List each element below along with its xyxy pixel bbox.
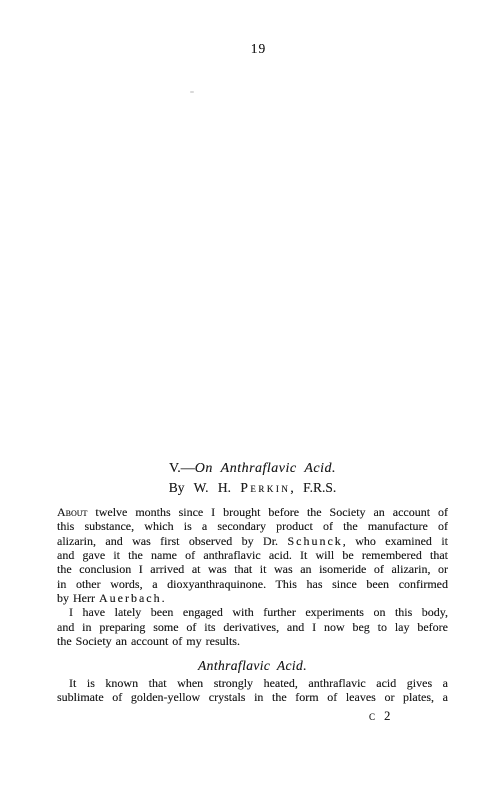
printers-signature: c 2 xyxy=(369,709,390,724)
byline: By W. H. Perkin, F.R.S. xyxy=(57,480,448,496)
text-line: I have lately been engaged with further … xyxy=(57,605,448,619)
text-segment: twelve months since I brought before the… xyxy=(95,505,448,519)
byline-suffix: , F.R.S. xyxy=(290,480,336,495)
text-segment: . xyxy=(162,591,165,605)
text-line: and gave it the name of anthraflavic aci… xyxy=(57,548,448,562)
author-name: Perkin xyxy=(240,480,290,495)
text-line: this substance, which is a secondary pro… xyxy=(57,519,448,533)
byline-prefix: By W. H. xyxy=(169,480,231,495)
text-line: in other words, a dioxyanthraquinone. Th… xyxy=(57,577,448,591)
body-text: About twelve months since I brought befo… xyxy=(57,505,448,648)
text-line: alizarin, and was first observed by Dr. … xyxy=(57,534,448,548)
article-title-number: V.— xyxy=(169,461,195,476)
text-segment: by Herr xyxy=(57,591,95,605)
text-line: About twelve months since I brought befo… xyxy=(57,505,448,519)
page-number: 19 xyxy=(0,41,500,57)
text-line: by Herr Auerbach. xyxy=(57,591,448,605)
paragraph-lead-word: About xyxy=(57,505,87,519)
person-name: Schunck xyxy=(287,534,342,548)
text-line: the Society an account of my results. xyxy=(57,634,448,648)
scan-artifact xyxy=(190,91,194,93)
text-line: It is known that when strongly heated, a… xyxy=(57,676,448,690)
article-title: V.—On Anthraflavic Acid. xyxy=(57,461,448,477)
body-text-continued: It is known that when strongly heated, a… xyxy=(57,676,448,705)
text-line: sublimate of golden-yellow crystals in t… xyxy=(57,690,448,704)
text-segment: , who examined it xyxy=(343,534,448,548)
text-line: the conclusion I arrived at was that it … xyxy=(57,562,448,576)
section-heading: Anthraflavic Acid. xyxy=(57,658,448,674)
article-title-text: On Anthraflavic Acid. xyxy=(195,461,336,476)
person-name: Auerbach xyxy=(99,591,162,605)
document-page: 19 V.—On Anthraflavic Acid. By W. H. Per… xyxy=(0,0,500,786)
text-segment: alizarin, and was first observed by Dr. xyxy=(57,534,278,548)
text-line: and in preparing some of its derivatives… xyxy=(57,620,448,634)
